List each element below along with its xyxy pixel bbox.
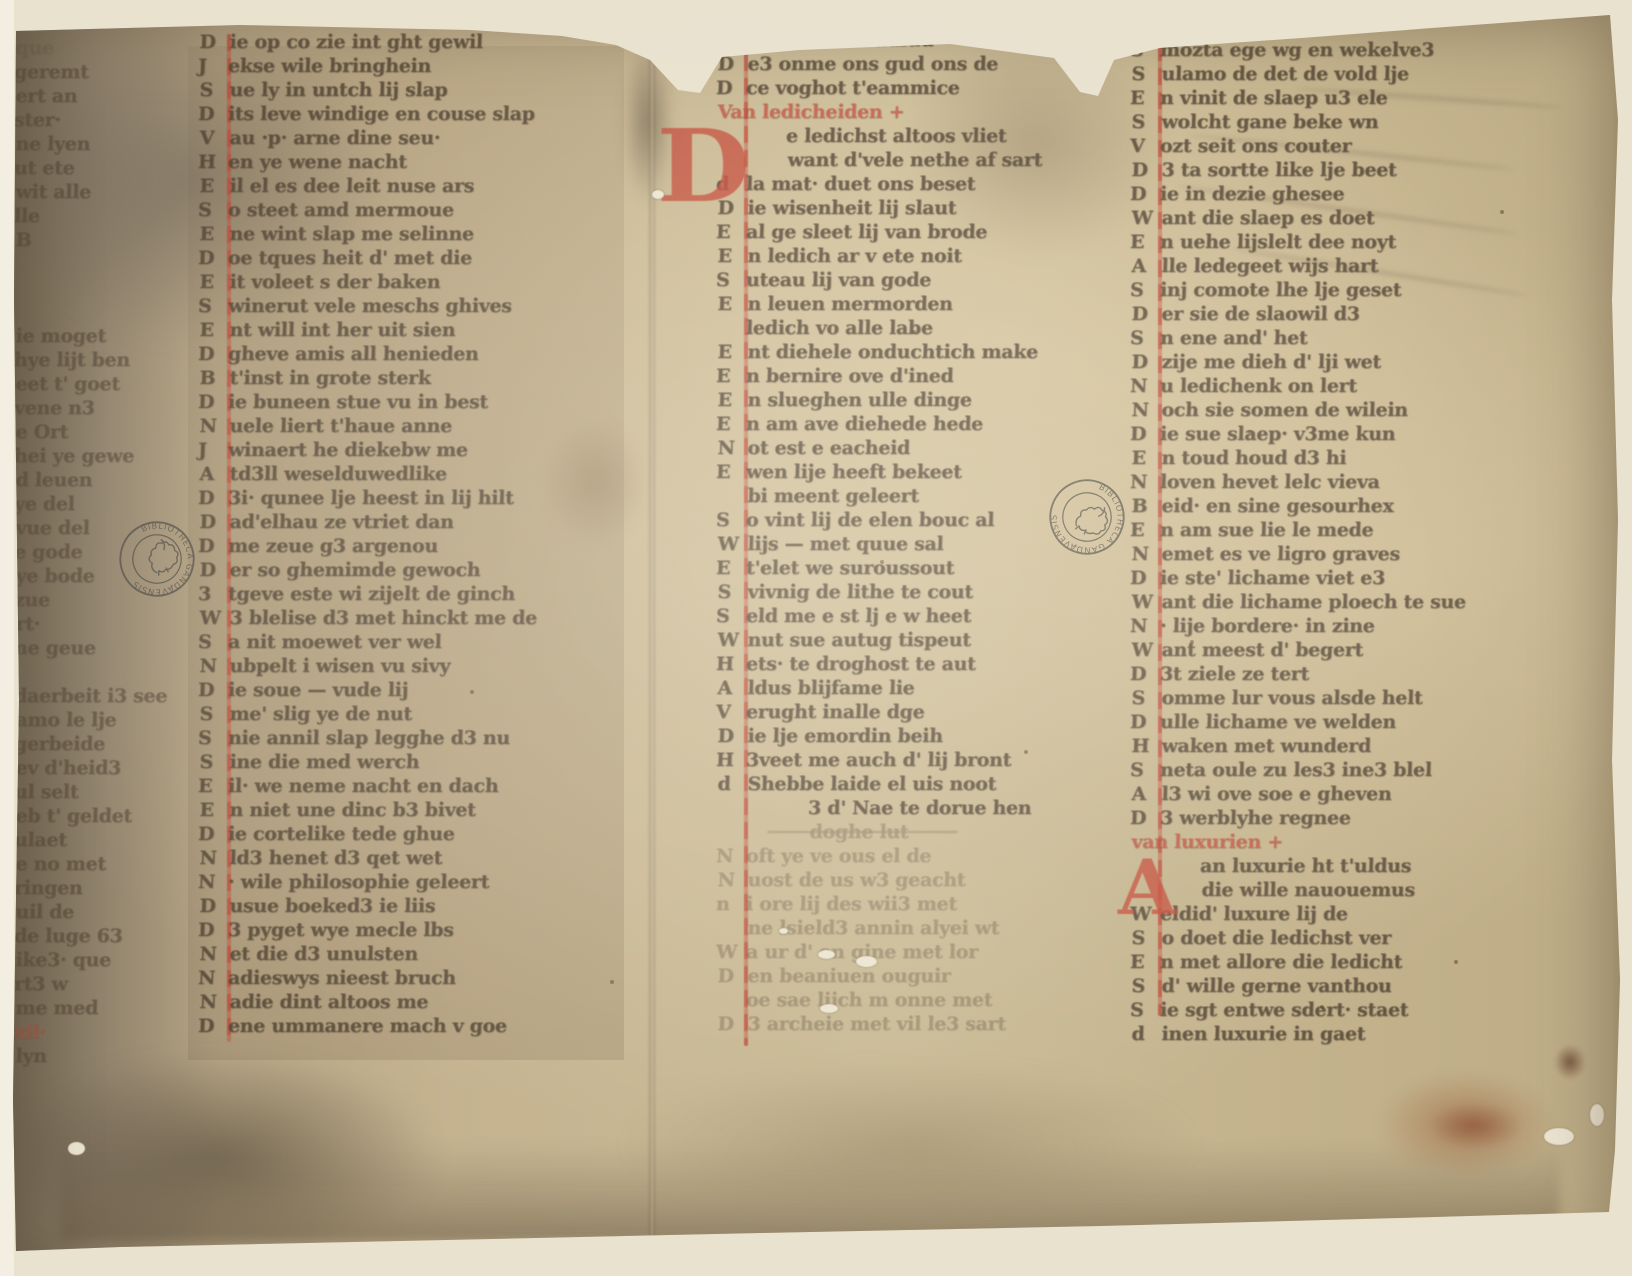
- text-line: ne lsield3 annin alyei wt: [717, 916, 1118, 940]
- line-initial: [717, 916, 748, 940]
- text-line: H3veet me auch d' lij bront: [716, 748, 1117, 772]
- line-text: ubpelt i wisen vu sivy: [229, 654, 450, 678]
- line-text: eldid' luxure lij de: [1160, 902, 1349, 926]
- line-initial: E: [199, 174, 230, 198]
- speck: [1320, 1005, 1324, 1009]
- text-line: Sulamo de det de vold lje: [1131, 62, 1552, 86]
- line-text: il· we neme nacht en dach: [228, 774, 499, 798]
- line-initial: E: [199, 798, 230, 822]
- parchment-hole: [779, 928, 788, 934]
- stain: [0, 1050, 440, 1265]
- line-text: a nit moewet ver wel: [228, 630, 442, 654]
- text-line: hye lijt ben: [14, 348, 185, 372]
- line-initial: E: [717, 340, 748, 364]
- text-line: Die op co zie int ght gewil: [199, 30, 630, 54]
- line-initial: A: [717, 676, 748, 700]
- text-line: Jekse wile bringhein: [198, 54, 629, 78]
- text-line: Vozt seit ons couter: [1130, 134, 1551, 158]
- text-line: amo le lje: [15, 708, 186, 732]
- line-initial: D: [198, 822, 229, 846]
- text-line: D3i· qunee lje heest in lij hilt: [198, 486, 629, 510]
- speck: [1500, 210, 1504, 214]
- line-initial: S: [199, 78, 230, 102]
- line-initial: n: [716, 892, 747, 916]
- line-initial: E: [717, 292, 748, 316]
- text-line: Dulle lichame ve welden: [1130, 710, 1551, 734]
- text-line: rt·: [15, 612, 186, 636]
- line-text: uteau lij van gode: [746, 268, 932, 292]
- parchment-hole: [652, 190, 664, 199]
- text-line: ike3· que: [15, 948, 186, 972]
- line-initial: A: [1131, 782, 1162, 806]
- line-initial: S: [1130, 326, 1161, 350]
- text-line: Die soue — vude lij: [198, 678, 629, 702]
- text-line: Et'elet we suroussout: [716, 556, 1117, 580]
- line-initial: N: [1130, 470, 1161, 494]
- line-initial: [756, 124, 787, 148]
- text-line: vene n3: [14, 396, 185, 420]
- line-initial: E: [199, 318, 230, 342]
- line-text: et die d3 unulsten: [229, 942, 418, 966]
- line-initial: E: [717, 244, 748, 268]
- line-initial: J: [198, 54, 229, 78]
- line-initial: N: [199, 942, 230, 966]
- stain: [1428, 1102, 1523, 1150]
- text-line: ut ete: [14, 156, 185, 180]
- line-initial: D: [198, 678, 229, 702]
- line-text: ie soue — vude lij: [228, 678, 409, 702]
- text-line: D3 ta sortte like lje beet: [1131, 158, 1552, 182]
- stain: [620, 1060, 1200, 1230]
- line-text: n vinit de slaep u3 ele: [1160, 86, 1388, 110]
- line-text: lle ledegeet wijs hart: [1161, 254, 1379, 278]
- big-initial-d: D: [657, 116, 751, 216]
- line-initial: E: [1130, 86, 1161, 110]
- speck: [912, 330, 916, 334]
- line-initial: E: [1131, 446, 1162, 470]
- line-text: ulamo de det de vold lje: [1161, 62, 1409, 86]
- text-line: Vau ·p· arne dine seu·: [199, 126, 630, 150]
- backing-sheet-edge: [0, 0, 14, 1276]
- text-line: Ent diehele onduchtich make: [717, 340, 1118, 364]
- line-text: n am sue lie le mede: [1160, 518, 1374, 542]
- line-initial: S: [1131, 974, 1162, 998]
- line-text: 3 blelise d3 met hinckt me de: [229, 606, 537, 630]
- text-line: Weldid' luxure lij de: [1130, 902, 1551, 926]
- line-text: nie annil slap legghe d3 nu: [228, 726, 511, 750]
- text-line: En toud houd d3 hi: [1131, 446, 1552, 470]
- line-initial: D: [199, 510, 230, 534]
- line-initial: V: [716, 700, 747, 724]
- line-initial: D: [717, 724, 748, 748]
- line-initial: W: [716, 940, 747, 964]
- line-text: wen lije heeft bekeet: [746, 460, 962, 484]
- text-line: 3 d' Nae te dorue hen: [778, 796, 1117, 820]
- line-text: ie sue slaep· v3me kun: [1160, 422, 1396, 446]
- line-text: n am ave diehede hede: [746, 412, 984, 436]
- line-initial: D: [1130, 566, 1161, 590]
- line-text: ie op co zie int ght gewil: [229, 30, 483, 54]
- line-initial: S: [716, 268, 747, 292]
- line-initial: E: [199, 270, 230, 294]
- line-text: oft ye ve ous el de: [746, 844, 932, 868]
- line-initial: S: [716, 604, 747, 628]
- line-initial: E: [716, 460, 747, 484]
- line-text: uost de us w3 geacht: [747, 868, 966, 892]
- text-line: Al3 wi ove soe e gheven: [1131, 782, 1552, 806]
- text-line: Net die d3 unulsten: [199, 942, 630, 966]
- line-text: inen luxurie in gaet: [1161, 1022, 1366, 1046]
- line-text: uaiyt ans dies: [1161, 14, 1304, 38]
- text-line: daerbeit i3 see: [14, 684, 185, 708]
- text-line: eb t' geldet: [15, 804, 186, 828]
- line-initial: N: [199, 414, 230, 438]
- text-line: En slueghen ulle dinge: [717, 388, 1118, 412]
- text-line: Die cortelike tede ghue: [198, 822, 629, 846]
- line-text: ld3 henet d3 qet wet: [229, 846, 442, 870]
- fold-crease: [648, 32, 656, 1242]
- text-line: D3 archeie met vil le3 sart: [717, 1012, 1118, 1036]
- line-text: n met allore die ledicht: [1160, 950, 1403, 974]
- text-line: En vinit de slaep u3 ele: [1130, 86, 1551, 110]
- line-initial: N: [1131, 398, 1162, 422]
- line-initial: [716, 316, 747, 340]
- speck: [1248, 430, 1252, 434]
- parchment-leaf: quegeremtert anster·ne lyenut etewit all…: [0, 0, 1632, 1276]
- line-text: n leuen mermorden: [747, 292, 953, 316]
- line-initial: E: [1130, 950, 1161, 974]
- text-line: uil de: [15, 900, 186, 924]
- line-initial: H: [716, 652, 747, 676]
- line-text: l3 wi ove soe e gheven: [1161, 782, 1392, 806]
- text-line: Sme' slig ye de nut: [199, 702, 630, 726]
- speck: [880, 560, 884, 564]
- text-line: Doe tques heit d' met die: [198, 246, 629, 270]
- line-initial: W: [1131, 590, 1162, 614]
- text-line: Dits leve windige en couse slap: [198, 102, 629, 126]
- line-initial: D: [1131, 350, 1162, 374]
- text-line: ev d'heid3: [15, 756, 186, 780]
- line-initial: E: [1130, 518, 1161, 542]
- line-text: mozta ege wg en wekelve3: [1160, 38, 1435, 62]
- text-line: Die lje emordin beih: [717, 724, 1118, 748]
- line-initial: D: [1130, 422, 1161, 446]
- text-line: me med: [15, 996, 186, 1020]
- text-line: dinen luxurie in gaet: [1131, 1022, 1552, 1046]
- line-text: adieswys nieest bruch: [228, 966, 457, 990]
- line-initial: D: [198, 1014, 229, 1038]
- text-line: gerbeide: [14, 732, 185, 756]
- line-initial: S: [198, 726, 229, 750]
- line-text: i ore lij des wii3 met: [746, 892, 958, 916]
- text-line: Ewen lije heeft bekeet: [716, 460, 1117, 484]
- text-line: Bt'inst in grote sterk: [199, 366, 630, 390]
- text-line: ringen: [14, 876, 185, 900]
- text-line: geremt: [14, 60, 185, 84]
- line-text: ant die lichame ploech te sue: [1161, 590, 1466, 614]
- line-text: ie wisenheit lij slaut: [747, 196, 957, 220]
- line-initial: N: [199, 654, 230, 678]
- line-initial: V: [199, 126, 230, 150]
- text-line: Dgheve amis all henieden: [198, 342, 629, 366]
- text-line: ne geue: [14, 636, 185, 660]
- text-line: Smozta ege wg en wekelve3: [1130, 38, 1551, 62]
- line-initial: D: [717, 1012, 748, 1036]
- line-initial: V: [1130, 134, 1161, 158]
- line-text: ene ummanere mach v goe: [228, 1014, 508, 1038]
- manuscript-photo: quegeremtert anster·ne lyenut etewit all…: [0, 0, 1632, 1276]
- line-initial: N: [198, 870, 229, 894]
- text-line: Beid· en sine gesourhex: [1131, 494, 1552, 518]
- line-initial: N: [198, 966, 229, 990]
- line-initial: E: [1130, 230, 1161, 254]
- line-initial: N: [199, 990, 230, 1014]
- text-line: ni ore lij des wii3 met: [716, 892, 1117, 916]
- line-text: er so ghemimde gewoch: [229, 558, 481, 582]
- text-line: En leuen mermorden: [717, 292, 1118, 316]
- text-line: ledich vo alle labe: [716, 316, 1117, 340]
- stain: [1378, 1072, 1553, 1177]
- text-line: [15, 276, 186, 300]
- text-line: Den beaniuen ouguir: [717, 964, 1118, 988]
- text-line: Nloven hevet lelc vieva: [1130, 470, 1551, 494]
- line-initial: S: [1130, 38, 1161, 62]
- text-line: Nubpelt i wisen vu sivy: [199, 654, 630, 678]
- text-line: Svivnig de lithe te cout: [717, 580, 1118, 604]
- line-initial: D: [717, 52, 748, 76]
- line-text: an luxurie ht t'uldus: [1200, 854, 1412, 878]
- line-text: n ene and' het: [1160, 326, 1308, 350]
- line-text: ie ste' lichame viet e3: [1160, 566, 1386, 590]
- text-column-right: uaiyt ans diesSmozta ege wg en wekelve3S…: [1130, 14, 1550, 1046]
- line-text: 3 pyget wye mecle lbs: [228, 918, 454, 942]
- line-initial: H: [198, 150, 229, 174]
- text-line: Die buneen stue vu in best: [198, 390, 629, 414]
- line-initial: N: [717, 436, 748, 460]
- line-initial: D: [198, 342, 229, 366]
- line-text: nt diehele onduchtich make: [747, 340, 1038, 364]
- line-text: 3t ziele ze tert: [1160, 662, 1310, 686]
- line-initial: D: [198, 534, 229, 558]
- line-text: en ye wene nacht: [228, 150, 408, 174]
- text-line: Alle ledegeet wijs hart: [1131, 254, 1552, 278]
- text-line: N· lije bordere· in zine: [1130, 614, 1551, 638]
- line-text: td3ll weselduwedlike: [229, 462, 447, 486]
- line-text: ad'elhau ze vtriet dan: [229, 510, 454, 534]
- text-line: D3t ziele ze tert: [1130, 662, 1551, 686]
- line-text: o vint lij de elen bouc al: [746, 508, 995, 532]
- line-text: waken met wunderd: [1161, 734, 1371, 758]
- line-initial: S: [716, 508, 747, 532]
- line-initial: D: [1130, 662, 1161, 686]
- line-text: d' wille gerne vanthou: [1161, 974, 1392, 998]
- line-text: en beaniuen ouguir: [747, 964, 951, 988]
- text-line: So steet amd mermoue: [198, 198, 629, 222]
- line-initial: N: [1130, 614, 1161, 638]
- line-initial: [1131, 14, 1162, 38]
- text-line: Dusue boeked3 ie liis: [199, 894, 630, 918]
- text-line: So doet die ledichst ver: [1131, 926, 1552, 950]
- line-initial: [779, 820, 810, 844]
- line-initial: S: [1130, 998, 1161, 1022]
- line-text: Shebbe laide el uis noot: [747, 772, 996, 796]
- text-line: eet t' goet: [15, 372, 186, 396]
- text-line: ne lyen: [15, 132, 186, 156]
- text-line: Nuost de us w3 geacht: [717, 868, 1118, 892]
- line-text: 3veet me auch d' lij bront: [746, 748, 1012, 772]
- line-text: · wile philosophie geleert: [228, 870, 490, 894]
- text-line: B: [15, 228, 186, 252]
- text-line: ulaet: [14, 828, 185, 852]
- line-initial: N: [199, 846, 230, 870]
- parchment-hole: [818, 950, 835, 959]
- line-initial: N: [716, 844, 747, 868]
- text-line: rt3 w: [14, 972, 185, 996]
- line-text: · lije bordere· in zine: [1160, 614, 1375, 638]
- text-line: xii·: [14, 1020, 185, 1044]
- line-text: inj comote lhe lje geset: [1160, 278, 1402, 302]
- text-line: oe sae lijch m onne met: [716, 988, 1117, 1012]
- text-line: Sa nit moewet ver wel: [198, 630, 629, 654]
- line-initial: D: [1130, 806, 1161, 830]
- text-line: Eal ge sleet lij van brode: [716, 220, 1117, 244]
- text-line: lle: [14, 204, 185, 228]
- text-line: Nld3 henet d3 qet wet: [199, 846, 630, 870]
- line-initial: S: [1130, 278, 1161, 302]
- speck: [1190, 640, 1194, 644]
- line-initial: D: [198, 486, 229, 510]
- text-line: W3 blelise d3 met hinckt me de: [199, 606, 630, 630]
- text-line: Jwinaert he diekebw me: [198, 438, 629, 462]
- line-initial: H: [716, 748, 747, 772]
- line-text: ie sgt entwe sdert· staet: [1160, 998, 1409, 1022]
- line-initial: [717, 484, 748, 508]
- text-line: Suteau lij van gode: [716, 268, 1117, 292]
- text-line: Dzije me dieh d' lji wet: [1131, 350, 1552, 374]
- line-initial: H: [1131, 734, 1162, 758]
- line-text: zije me dieh d' lji wet: [1161, 350, 1381, 374]
- line-text: ie cortelike tede ghue: [228, 822, 455, 846]
- line-text: au ·p· arne dine seu·: [229, 126, 440, 150]
- line-text: ulle lichame ve welden: [1160, 710, 1397, 734]
- line-initial: W: [1131, 638, 1162, 662]
- line-text: me zeue g3 argenou: [228, 534, 439, 558]
- text-line: d leuen: [15, 468, 186, 492]
- text-line: Atd3ll weselduwedlike: [199, 462, 630, 486]
- text-line: Nemet es ve ligro graves: [1131, 542, 1552, 566]
- text-line: Noft ye ve ous el de: [716, 844, 1117, 868]
- lion-rampant-icon: [1073, 499, 1113, 541]
- line-initial: D: [198, 918, 229, 942]
- line-text: oe sae lijch m onne met: [746, 988, 993, 1012]
- text-line: ul selt: [14, 780, 185, 804]
- line-text: t'elet we suroussout: [746, 556, 955, 580]
- text-line: Hets· te droghost te aut: [716, 652, 1117, 676]
- text-line: lyn: [15, 1044, 186, 1068]
- line-initial: J: [198, 438, 229, 462]
- text-line: Swolcht gane beke wn: [1131, 110, 1552, 134]
- line-initial: [778, 796, 809, 820]
- text-line: D3 werblyhe regnee: [1130, 806, 1551, 830]
- text-line: Der sie de slaowil d3: [1131, 302, 1552, 326]
- line-text: ets· te droghost te aut: [746, 652, 976, 676]
- line-text: me' slig ye de nut: [229, 702, 412, 726]
- line-text: lijs — met quue sal: [747, 532, 944, 556]
- line-initial: S: [199, 702, 230, 726]
- line-initial: S: [198, 198, 229, 222]
- text-line: Hen ye wene nacht: [198, 150, 629, 174]
- text-line: e no met: [15, 852, 186, 876]
- line-text: 3 ta sortte like lje beet: [1161, 158, 1397, 182]
- line-text: oe tques heit d' met die: [228, 246, 473, 270]
- line-initial: E: [716, 556, 747, 580]
- text-line: Wnut sue autug tispeut: [717, 628, 1118, 652]
- line-initial: [717, 4, 748, 28]
- line-text: ekse wile bringhein: [228, 54, 432, 78]
- line-initial: [716, 988, 747, 1012]
- stain: [1554, 1044, 1586, 1080]
- text-line: Eil· we neme nacht en dach: [198, 774, 629, 798]
- text-line: dla mat· duet ons beset: [716, 172, 1117, 196]
- line-initial: N: [717, 868, 748, 892]
- text-line: doghe lut: [779, 820, 1118, 844]
- text-line: Aldus blijfame lie: [717, 676, 1118, 700]
- line-initial: d: [717, 772, 748, 796]
- line-initial: E: [198, 774, 229, 798]
- line-text: emet es ve ligro graves: [1161, 542, 1400, 566]
- text-line: e Ort: [15, 420, 186, 444]
- text-line: Swinerut vele meschs ghives: [198, 294, 629, 318]
- line-initial: W: [717, 532, 748, 556]
- line-text: its leve windige en couse slap: [228, 102, 536, 126]
- speck: [1454, 960, 1458, 964]
- text-line: uaiyt ans dies: [1131, 14, 1552, 38]
- line-text: n bernire ove d'ined: [746, 364, 954, 388]
- line-initial: D: [1131, 158, 1162, 182]
- line-initial: S: [717, 580, 748, 604]
- text-line: Nadieswys nieest bruch: [198, 966, 629, 990]
- line-text: ot est e eacheid: [747, 436, 910, 460]
- line-text: neta oule zu les3 ine3 blel: [1160, 758, 1433, 782]
- parchment-hole: [1590, 1104, 1604, 1126]
- line-text: n toud houd d3 hi: [1161, 446, 1347, 470]
- line-text: erught inalle dge: [746, 700, 925, 724]
- line-text: u ledichenk on lert: [1160, 374, 1358, 398]
- text-line: En niet une dinc b3 bivet: [199, 798, 630, 822]
- text-line: Sd' wille gerne vanthou: [1131, 974, 1552, 998]
- stamp-text-path: [1047, 477, 1126, 556]
- text-line: hei ye gewe: [14, 444, 185, 468]
- text-line: Dad'elhau ze vtriet dan: [199, 510, 630, 534]
- text-line: Eit voleet s der baken: [199, 270, 630, 294]
- text-line: que: [15, 36, 186, 60]
- line-initial: B: [199, 366, 230, 390]
- parchment-hole: [1544, 1128, 1574, 1145]
- line-text: o doet die ledichst ver: [1161, 926, 1391, 950]
- line-initial: N: [1131, 542, 1162, 566]
- text-line: Wa ur d' on gine met lor: [716, 940, 1117, 964]
- text-line: Die wisenheit lij slaut: [717, 196, 1118, 220]
- text-line: [14, 300, 185, 324]
- text-line: En uehe lijslelt dee noyt: [1130, 230, 1551, 254]
- line-text: ozt seit ons couter: [1160, 134, 1352, 158]
- line-text: er sie de slaowil d3: [1161, 302, 1360, 326]
- text-line: Ent will int her uit sien: [199, 318, 630, 342]
- speck: [1024, 750, 1028, 754]
- line-initial: D: [1130, 182, 1161, 206]
- line-initial: S: [198, 630, 229, 654]
- text-line: Nuele liert t'haue anne: [199, 414, 630, 438]
